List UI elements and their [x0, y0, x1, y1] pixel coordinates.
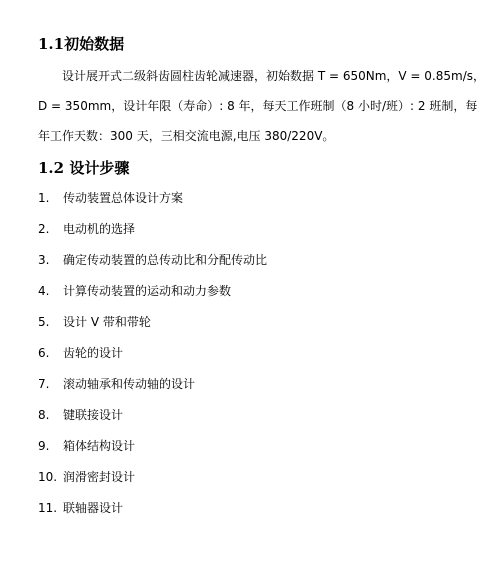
item-text: 滚动轴承和传动轴的设计	[63, 377, 195, 391]
list-item: 7.滚动轴承和传动轴的设计	[38, 375, 195, 392]
list-item: 4.计算传动装置的运动和动力参数	[38, 282, 231, 299]
item-text: 箱体结构设计	[63, 439, 135, 453]
paragraph-line-1: 设计展开式二级斜齿圆柱齿轮减速器，初始数据 T = 650Nm，V = 0.85…	[62, 67, 485, 84]
item-number: 10.	[38, 470, 63, 484]
list-item: 6.齿轮的设计	[38, 344, 123, 361]
item-text: 润滑密封设计	[63, 470, 135, 484]
item-number: 8.	[38, 408, 63, 422]
list-item: 11.联轴器设计	[38, 499, 123, 516]
list-item: 1.传动装置总体设计方案	[38, 189, 183, 206]
list-item: 8.键联接设计	[38, 406, 123, 423]
list-item: 10.润滑密封设计	[38, 468, 135, 485]
paragraph-line-3: 年工作天数：300 天，三相交流电源,电压 380/220V。	[38, 127, 334, 144]
item-number: 1.	[38, 191, 63, 205]
paragraph-line-2: D = 350mm，设计年限（寿命）: 8 年，每天工作班制（8 小时/班）: …	[38, 97, 477, 114]
item-number: 7.	[38, 377, 63, 391]
item-text: 确定传动装置的总传动比和分配传动比	[63, 253, 267, 267]
item-text: 联轴器设计	[63, 501, 123, 515]
item-text: 传动装置总体设计方案	[63, 191, 183, 205]
list-item: 2.电动机的选择	[38, 220, 135, 237]
item-number: 11.	[38, 501, 63, 515]
item-number: 9.	[38, 439, 63, 453]
item-number: 2.	[38, 222, 63, 236]
list-item: 3.确定传动装置的总传动比和分配传动比	[38, 251, 267, 268]
item-text: 计算传动装置的运动和动力参数	[63, 284, 231, 298]
list-item: 5.设计 V 带和带轮	[38, 313, 151, 330]
item-text: 设计 V 带和带轮	[63, 315, 151, 329]
item-text: 键联接设计	[63, 408, 123, 422]
item-number: 5.	[38, 315, 63, 329]
list-item: 9.箱体结构设计	[38, 437, 135, 454]
item-number: 4.	[38, 284, 63, 298]
item-text: 齿轮的设计	[63, 346, 123, 360]
heading-initial-data: 1.1初始数据	[38, 33, 124, 54]
item-number: 6.	[38, 346, 63, 360]
item-number: 3.	[38, 253, 63, 267]
item-text: 电动机的选择	[63, 222, 135, 236]
heading-design-steps: 1.2 设计步骤	[38, 157, 129, 178]
